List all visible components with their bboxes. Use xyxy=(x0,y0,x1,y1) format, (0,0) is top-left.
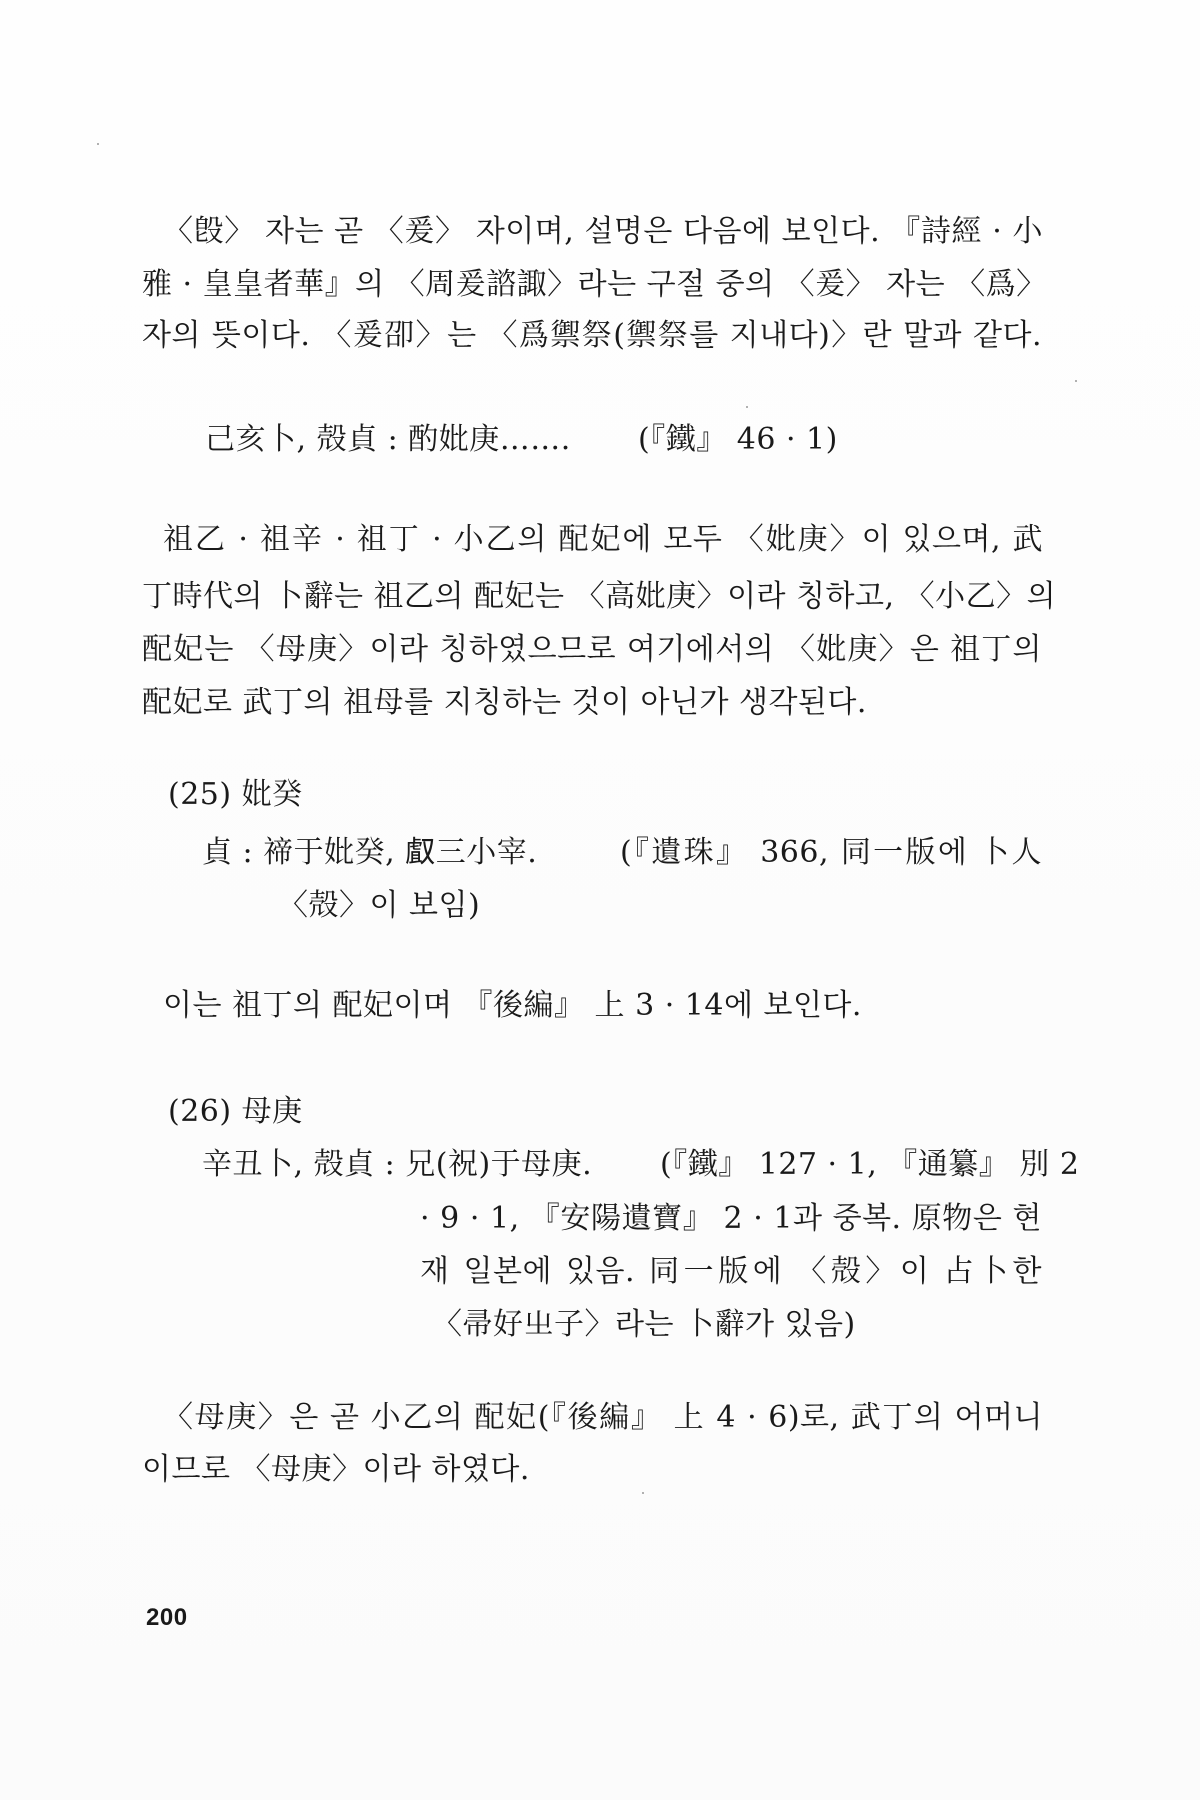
paragraph-1-line-1: 〈𣪘〉 자는 곧 〈爰〉 자이며, 설명은 다음에 보인다. 『詩經 · 小 xyxy=(163,212,1043,252)
entry-25-source-line-2: 〈殻〉이 보임) xyxy=(278,886,480,926)
entry-25-inscription: 貞 : 禘于妣癸, 𠭯三小宰. xyxy=(202,833,537,873)
inscription-1-source: (『鐵』 46 · 1) xyxy=(638,420,838,460)
entry-25-source-line-1: (『遺珠』 366, 同一版에 卜人 xyxy=(620,833,1042,873)
scan-speck xyxy=(97,143,99,145)
paragraph-1-line-3: 자의 뜻이다. 〈爰卲〉는 〈爲禦祭(禦祭를 지내다)〉란 말과 같다. xyxy=(142,316,1042,356)
paragraph-2-line-1: 祖乙 · 祖辛 · 祖丁 · 小乙의 配妃에 모두 〈妣庚〉이 있으며, 武 xyxy=(163,520,1043,560)
scan-speck xyxy=(1075,380,1077,382)
entry-26-source-line-2: · 9 · 1, 『安陽遺寶』 2 · 1과 중복. 原物은 현 xyxy=(420,1199,1042,1239)
scan-speck xyxy=(642,1492,644,1494)
entry-26-heading: (26) 母庚 xyxy=(168,1092,303,1132)
entry-26-source-line-4: 〈帚好㞢子〉라는 卜辭가 있음) xyxy=(432,1305,856,1345)
inscription-1-text: 己亥卜, 殻貞 : 酌妣庚……. xyxy=(205,420,571,460)
paragraph-2-line-4: 配妃로 武丁의 祖母를 지칭하는 것이 아닌가 생각된다. xyxy=(142,683,867,723)
paragraph-4-line-1: 〈母庚〉은 곧 小乙의 配妃(『後編』 上 4 · 6)로, 武丁의 어머니 xyxy=(163,1398,1043,1438)
entry-26-source-line-1: (『鐵』 127 · 1, 『通纂』 別 2 xyxy=(660,1145,1042,1185)
entry-26-source-line-3: 재 일본에 있음. 同一版에 〈殻〉이 占卜한 xyxy=(420,1252,1042,1292)
paragraph-2-line-3: 配妃는 〈母庚〉이라 칭하였으므로 여기에서의 〈妣庚〉은 祖丁의 xyxy=(142,630,1042,670)
page-number: 200 xyxy=(146,1598,188,1638)
book-page: 〈𣪘〉 자는 곧 〈爰〉 자이며, 설명은 다음에 보인다. 『詩經 · 小 雅… xyxy=(0,0,1200,1800)
paragraph-3-line-1: 이는 祖丁의 配妃이며 『後編』 上 3 · 14에 보인다. xyxy=(163,986,862,1026)
paragraph-4-line-2: 이므로 〈母庚〉이라 하였다. xyxy=(142,1450,530,1490)
entry-26-inscription: 辛丑卜, 殻貞 : 兄(祝)于母庚. xyxy=(202,1145,592,1185)
entry-25-heading: (25) 妣癸 xyxy=(168,775,303,815)
paragraph-2-line-2: 丁時代의 卜辭는 祖乙의 配妃는 〈高妣庚〉이라 칭하고, 〈小乙〉의 xyxy=(142,577,1042,617)
scan-speck xyxy=(746,406,748,408)
paragraph-1-line-2: 雅 · 皇皇者華』의 〈周爰諮諏〉라는 구절 중의 〈爰〉 자는 〈爲〉 xyxy=(142,265,1042,305)
